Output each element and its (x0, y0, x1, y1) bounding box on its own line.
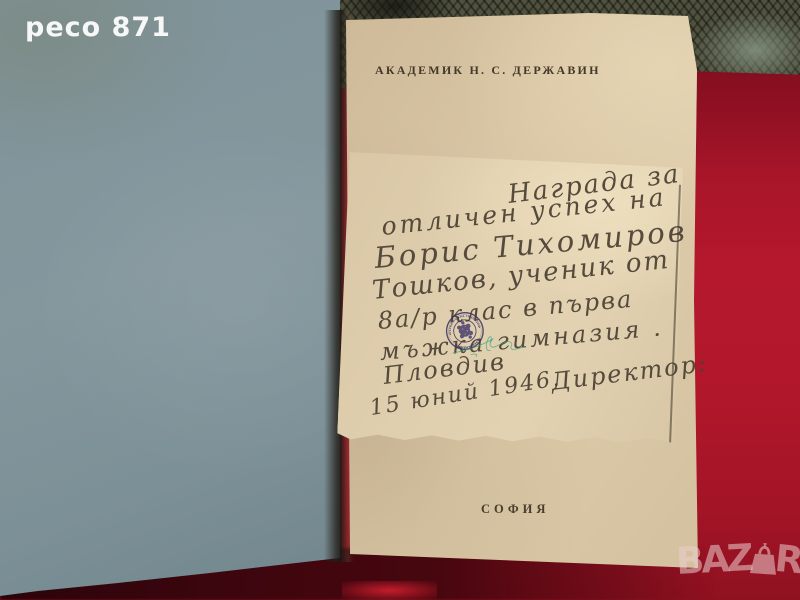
school-stamp: ПЪРВА МЪЖКА ГИМНАЗИЯ АЛЕКСАНДЪР I (430, 295, 650, 475)
city-footer: СОФИЯ (481, 502, 549, 517)
bazar-logo-text-left: BAZ (675, 539, 752, 580)
author-header: АКАДЕМИК Н. С. ДЕРЖАВИН (375, 63, 601, 78)
bazar-logo: BAZ R (676, 541, 800, 578)
lit-cloth-patch (342, 581, 437, 600)
stamp-emblem (456, 319, 474, 341)
book-inside-cover (0, 0, 340, 600)
bazar-logo-text-right: R (773, 540, 800, 580)
book-listing-photo: АКАДЕМИК Н. С. ДЕРЖАВИН СОФИЯ Награда за… (0, 0, 800, 600)
seller-watermark: ресо 871 (25, 12, 171, 43)
